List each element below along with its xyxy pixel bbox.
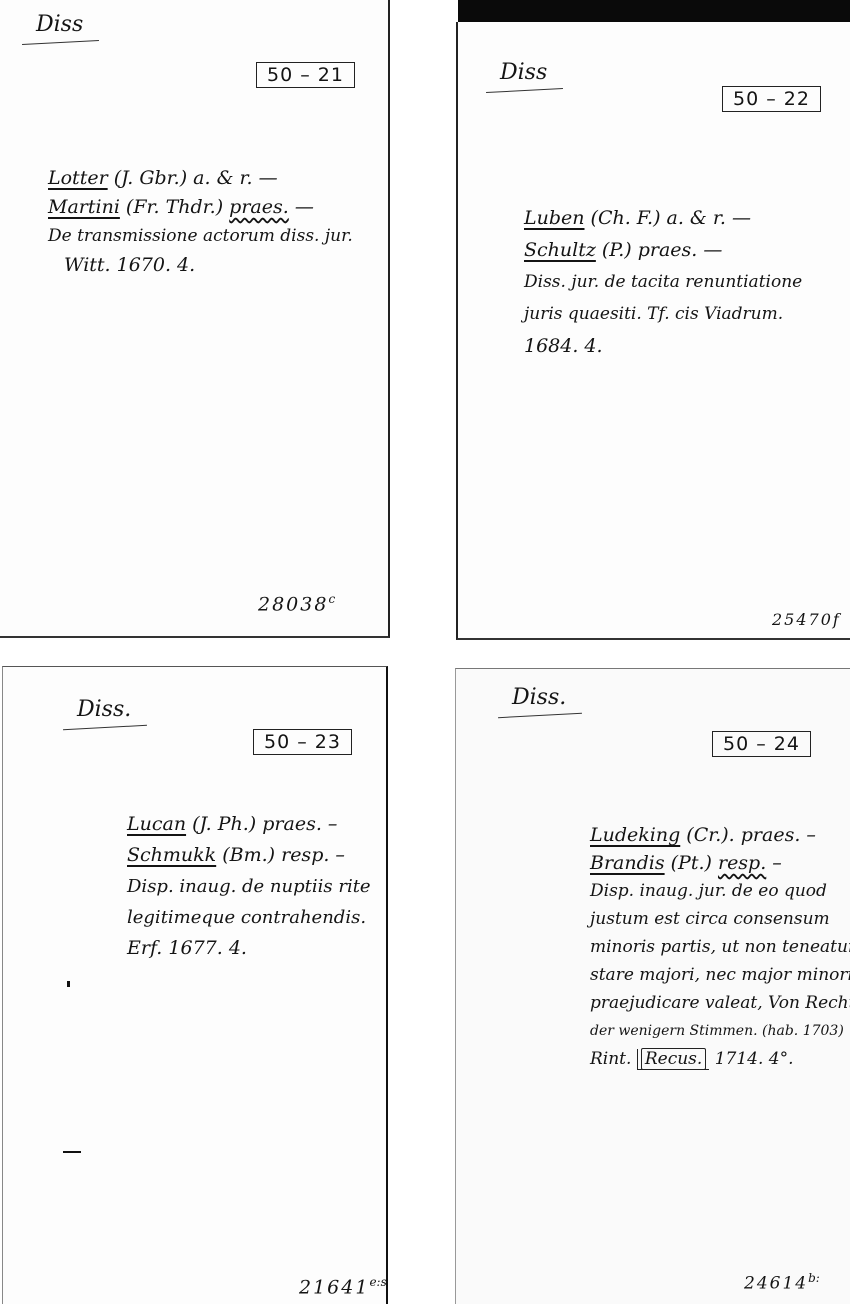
entry-line-imprint: 1684. 4. — [524, 330, 802, 362]
category-label: Diss. — [77, 697, 131, 722]
entry-line-praeses: Ludeking (Cr.). praes. – — [590, 821, 850, 849]
entry-line-praeses: Martini (Fr. Thdr.) praes. — — [48, 193, 353, 222]
recus-bracket: Recus. — [637, 1049, 709, 1070]
entry-line-respondent: Brandis (Pt.) resp. – — [590, 849, 850, 877]
entry-line-title-3: minoris partis, ut non teneatur — [590, 933, 850, 961]
call-number-box: 50 – 21 — [256, 62, 355, 88]
entry-line-imprint: Rint. Recus. 1714. 4°. — [590, 1045, 850, 1073]
entry-line-title: De transmissione actorum diss. jur. — [48, 222, 353, 251]
catalog-card-50-21: Diss 50 – 21 Lotter (J. Gbr.) a. & r. — … — [0, 0, 390, 638]
entry-line-praeses: Lucan (J. Ph.) praes. – — [127, 809, 371, 840]
accession-number: 21641e:s — [299, 1275, 387, 1298]
entry-line-title-cont: legitimeque contrahendis. — [127, 902, 371, 933]
scan-top-edge — [458, 0, 850, 22]
catalog-entry: Ludeking (Cr.). praes. – Brandis (Pt.) r… — [590, 821, 850, 1073]
catalog-card-50-22: Diss 50 – 22 Luben (Ch. F.) a. & r. — Sc… — [456, 22, 850, 640]
accession-number: 25470f — [772, 610, 841, 629]
catalog-card-50-24: Diss. 50 – 24 Ludeking (Cr.). praes. – B… — [455, 668, 850, 1304]
entry-line-respondent: Schmukk (Bm.) resp. – — [127, 840, 371, 871]
catalog-entry: Lucan (J. Ph.) praes. – Schmukk (Bm.) re… — [127, 809, 371, 964]
entry-line-title: Disp. inaug. jur. de eo quod — [590, 877, 850, 905]
call-number-box: 50 – 24 — [712, 731, 811, 757]
category-label: Diss. — [512, 685, 566, 710]
call-number-box: 50 – 22 — [722, 86, 821, 112]
entry-line-title-4: stare majori, nec major minori — [590, 961, 850, 989]
entry-line-title-cont: juris quaesiti. Tf. cis Viadrum. — [524, 298, 802, 330]
entry-line-title: Diss. jur. de tacita renuntiatione — [524, 266, 802, 298]
entry-line-imprint: Erf. 1677. 4. — [127, 933, 371, 964]
accession-number: 24614b: — [744, 1271, 820, 1294]
category-label: Diss — [36, 12, 83, 37]
entry-line-imprint: Witt. 1670. 4. — [48, 251, 353, 280]
call-number-box: 50 – 23 — [253, 729, 352, 755]
accession-number: 28038c — [258, 592, 335, 615]
entry-line-title-2: justum est circa consensum — [590, 905, 850, 933]
entry-line-respondent: Lotter (J. Gbr.) a. & r. — — [48, 164, 353, 193]
category-label: Diss — [500, 60, 547, 85]
catalog-card-50-23: Diss. 50 – 23 Lucan (J. Ph.) praes. – Sc… — [2, 666, 388, 1304]
scan-speck — [67, 981, 70, 987]
catalog-entry: Lotter (J. Gbr.) a. & r. — Martini (Fr. … — [48, 164, 353, 280]
catalog-entry: Luben (Ch. F.) a. & r. — Schultz (P.) pr… — [524, 202, 802, 362]
entry-line-title: Disp. inaug. de nuptiis rite — [127, 871, 371, 902]
entry-line-respondent: Luben (Ch. F.) a. & r. — — [524, 202, 802, 234]
scan-mark — [63, 1151, 81, 1153]
entry-line-german-title: der wenigern Stimmen. (hab. 1703) — [590, 1017, 850, 1045]
entry-line-praeses: Schultz (P.) praes. — — [524, 234, 802, 266]
entry-line-title-5: praejudicare valeat, Von Rechte — [590, 989, 850, 1017]
